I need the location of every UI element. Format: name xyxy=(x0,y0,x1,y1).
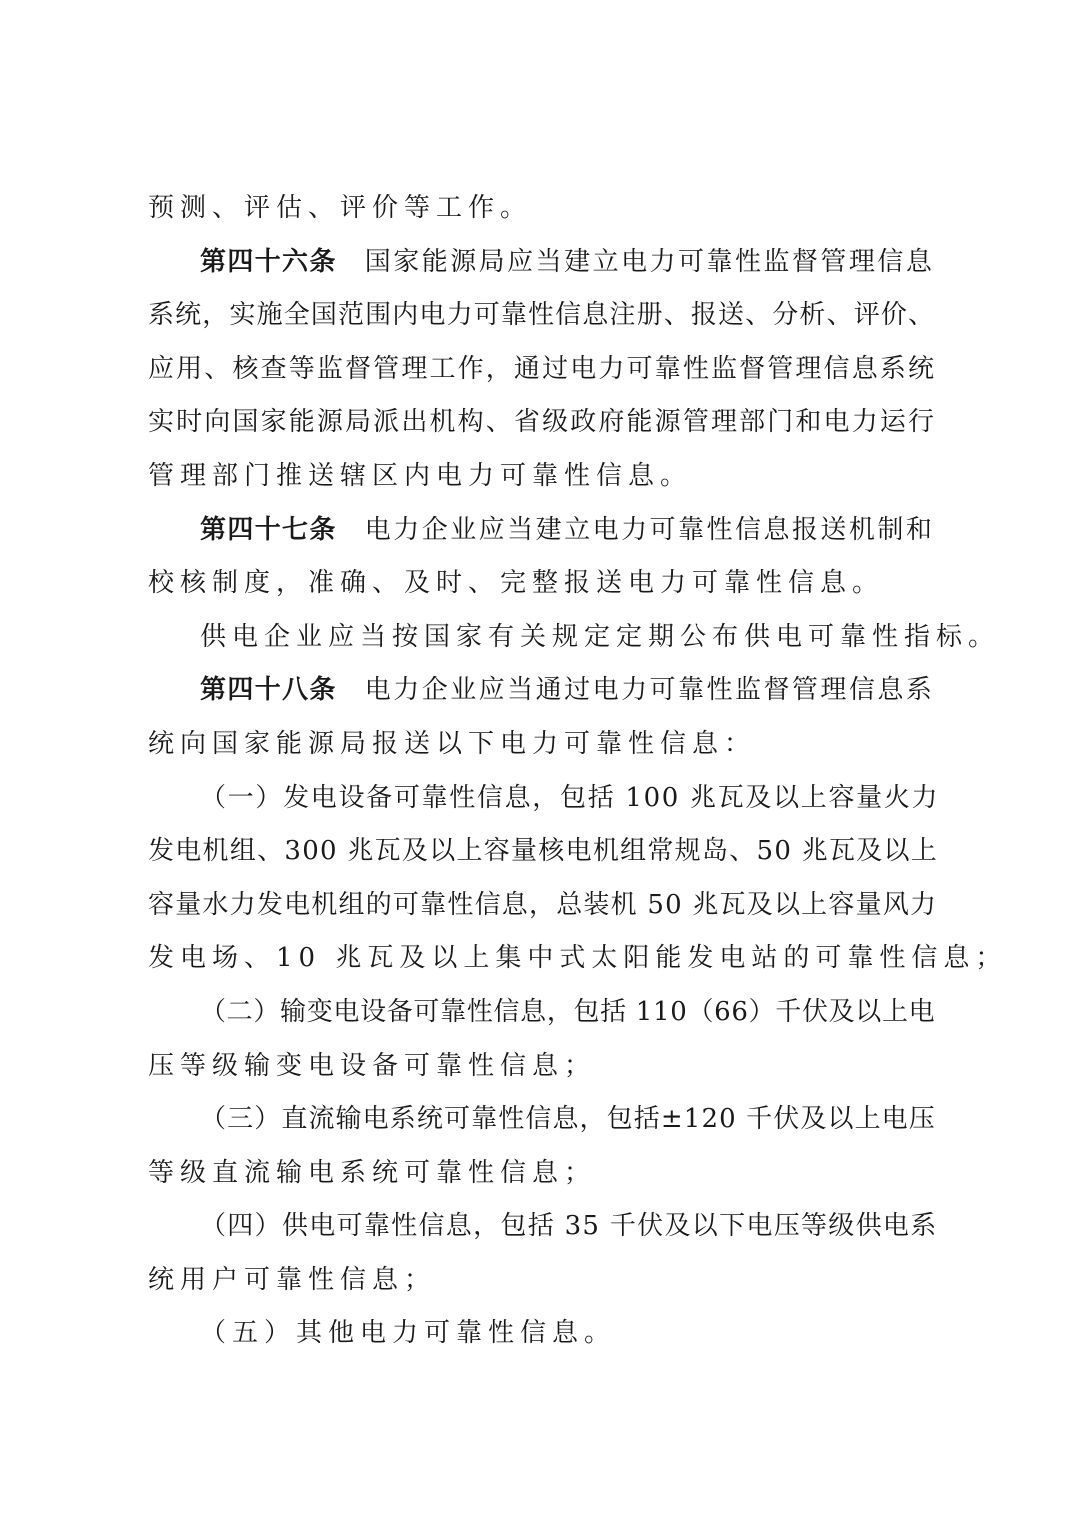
text-line: 供电企业应当按国家有关规定定期公布供电可靠性指标。 xyxy=(148,611,934,665)
article-47-paragraph-2: 供电企业应当按国家有关规定定期公布供电可靠性指标。 xyxy=(148,611,934,665)
text-line: 统用户可靠性信息； xyxy=(148,1254,934,1308)
text-line: （四）供电可靠性信息，包括 35 千伏及以下电压等级供电系 xyxy=(148,1200,934,1254)
list-item-4: （四）供电可靠性信息，包括 35 千伏及以下电压等级供电系 统用户可靠性信息； xyxy=(148,1200,934,1307)
list-item-1: （一）发电设备可靠性信息，包括 100 兆瓦及以上容量火力 发电机组、300 兆… xyxy=(148,772,934,986)
text-line: 系统，实施全国范围内电力可靠性信息注册、报送、分析、评价、 xyxy=(148,289,934,343)
text-line: 第四十八条电力企业应当通过电力可靠性监督管理信息系 xyxy=(148,664,934,718)
text-line: 管理部门推送辖区内电力可靠性信息。 xyxy=(148,450,934,504)
text-line: （一）发电设备可靠性信息，包括 100 兆瓦及以上容量火力 xyxy=(148,772,934,826)
text-line: 预测、评估、评价等工作。 xyxy=(148,182,934,236)
text-line: 第四十七条电力企业应当建立电力可靠性信息报送机制和 xyxy=(148,504,934,558)
paragraph-intro-continuation: 预测、评估、评价等工作。 xyxy=(148,182,934,236)
text-line: （三）直流输电系统可靠性信息，包括±120 千伏及以上电压 xyxy=(148,1093,934,1147)
article-48: 第四十八条电力企业应当通过电力可靠性监督管理信息系 统向国家能源局报送以下电力可… xyxy=(148,664,934,771)
list-item-2: （二）输变电设备可靠性信息，包括 110（66）千伏及以上电 压等级输变电设备可… xyxy=(148,986,934,1093)
text-line: （五）其他电力可靠性信息。 xyxy=(148,1307,934,1361)
text-line: 等级直流输电系统可靠性信息； xyxy=(148,1147,934,1201)
text-line: 第四十六条国家能源局应当建立电力可靠性监督管理信息 xyxy=(148,236,934,290)
document-page: 预测、评估、评价等工作。 第四十六条国家能源局应当建立电力可靠性监督管理信息 系… xyxy=(148,182,934,1361)
text-line: 统向国家能源局报送以下电力可靠性信息： xyxy=(148,718,934,772)
text-line: 容量水力发电机组的可靠性信息，总装机 50 兆瓦及以上容量风力 xyxy=(148,879,934,933)
text-line: 应用、核查等监督管理工作，通过电力可靠性监督管理信息系统 xyxy=(148,343,934,397)
text-line: 校核制度，准确、及时、完整报送电力可靠性信息。 xyxy=(148,557,934,611)
article-47: 第四十七条电力企业应当建立电力可靠性信息报送机制和 校核制度，准确、及时、完整报… xyxy=(148,504,934,611)
text-line: 压等级输变电设备可靠性信息； xyxy=(148,1040,934,1094)
text-line: 发电场、10 兆瓦及以上集中式太阳能发电站的可靠性信息； xyxy=(148,932,934,986)
article-heading: 第四十七条 xyxy=(200,515,337,545)
text-line: （二）输变电设备可靠性信息，包括 110（66）千伏及以上电 xyxy=(148,986,934,1040)
list-item-3: （三）直流输电系统可靠性信息，包括±120 千伏及以上电压 等级直流输电系统可靠… xyxy=(148,1093,934,1200)
list-item-5: （五）其他电力可靠性信息。 xyxy=(148,1307,934,1361)
article-heading: 第四十八条 xyxy=(200,675,337,705)
text-line: 实时向国家能源局派出机构、省级政府能源管理部门和电力运行 xyxy=(148,396,934,450)
article-heading: 第四十六条 xyxy=(200,247,337,277)
article-46: 第四十六条国家能源局应当建立电力可靠性监督管理信息 系统，实施全国范围内电力可靠… xyxy=(148,236,934,504)
text-line: 发电机组、300 兆瓦及以上容量核电机组常规岛、50 兆瓦及以上 xyxy=(148,825,934,879)
